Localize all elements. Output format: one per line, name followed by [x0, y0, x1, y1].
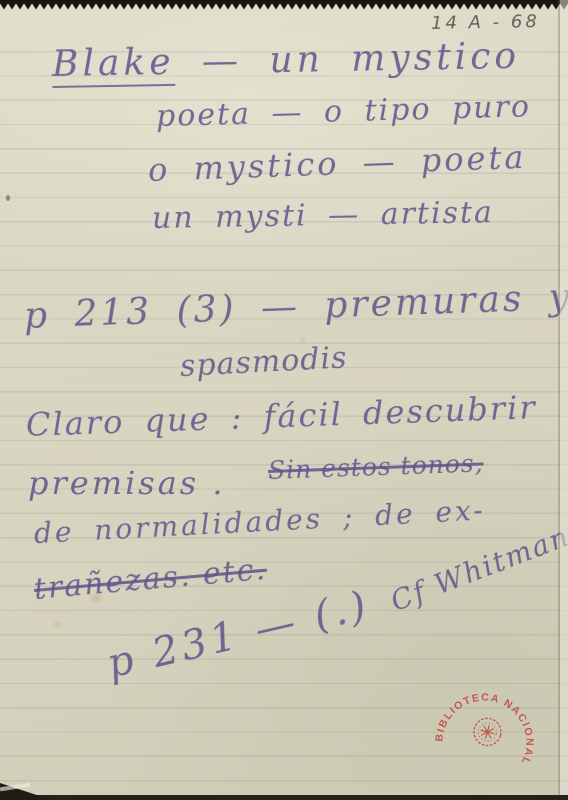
handwritten-line-mysti-artista: un mysti — artista [152, 195, 494, 236]
handwritten-line-crossed-out-1: Sin estos tonos, [267, 448, 484, 485]
handwritten-line-blake: Blake — un mystico [52, 36, 521, 85]
paper-right-edge [560, 0, 568, 800]
library-stamp: BIBLIOTECA NACIONAL [430, 672, 546, 782]
handwritten-line-p231: p 231 — (.) [103, 582, 375, 687]
ink-speck [6, 195, 10, 201]
stamp-arc-text: BIBLIOTECA NACIONAL [432, 679, 546, 768]
paper-crease [558, 0, 560, 800]
stamp-emblem-crest [479, 723, 496, 740]
handwritten-line-claro-que: Claro que : fácil descubrir [25, 388, 537, 444]
archival-number: 14 A - 68 [431, 11, 540, 34]
paper-bottom-edge [0, 795, 568, 800]
handwritten-line-cf-whitman: Cf Whitman [386, 519, 568, 618]
line-blake-rest: — un mystico [202, 36, 521, 83]
handwritten-line-premisas: premisas . [28, 464, 226, 502]
handwritten-line-crossed-out-2: trañezas. etc. [32, 552, 268, 607]
torn-perforation-edge [0, 0, 568, 11]
underlined-word-blake: Blake [52, 42, 175, 88]
torn-edge-teeth [0, 0, 568, 11]
paper-stain [52, 620, 63, 629]
handwritten-line-p213: p 213 (3) — premuras y [23, 277, 568, 337]
handwritten-line-mystico-poeta: o mystico — poeta [147, 138, 527, 189]
handwritten-line-spasmodis: spasmodis [179, 340, 348, 384]
manuscript-page: 14 A - 68 Blake — un mystico poeta — o t… [0, 0, 568, 800]
handwritten-line-poeta: poeta — o tipo puro [156, 89, 532, 134]
